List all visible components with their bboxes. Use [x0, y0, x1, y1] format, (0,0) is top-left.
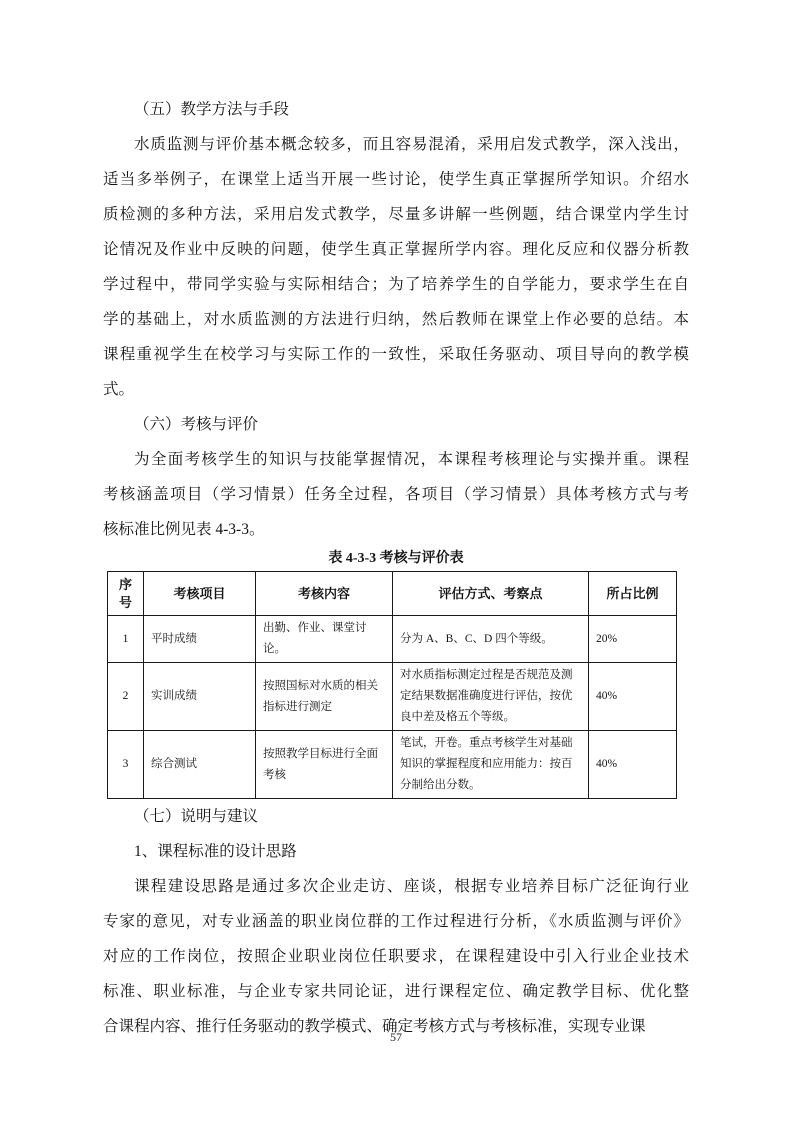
section-heading: （七）说明与建议: [103, 799, 689, 834]
paragraph-line: 为全面考核学生的知识与技能掌握情况，本课程考核理论与实操并重。课程: [103, 442, 689, 477]
paragraph-line: 学过程中，带同学实验与实际相结合；为了培养学生的自学能力，要求学生在自: [103, 267, 689, 302]
table-cell: 1: [108, 616, 144, 663]
paragraph-line: 核标准比例见表 4-3-3。: [103, 512, 689, 547]
section-heading: 1、课程标准的设计思路: [103, 834, 689, 869]
paragraph-line: 水质监测与评价基本概念较多，而且容易混淆，采用启发式教学，深入浅出，: [103, 127, 689, 162]
paragraph-line: 对应的工作岗位，按照企业职业岗位任职要求，在课程建设中引入行业企业技术: [103, 939, 689, 974]
table-cell: 3: [108, 731, 144, 799]
table-row: 1平时成绩出勤、作业、课堂讨论。分为 A、B、C、D 四个等级。20%: [108, 616, 677, 663]
paragraph-line: 课程建设思路是通过多次企业走访、座谈，根据专业培养目标广泛征询行业: [103, 869, 689, 904]
document-page: （五）教学方法与手段水质监测与评价基本概念较多，而且容易混淆，采用启发式教学，深…: [0, 0, 792, 1122]
section-heading: （六）考核与评价: [103, 407, 689, 442]
table-row: 3综合测试按照教学目标进行全面 考核笔试，开卷。重点考核学生对基础 知识的掌握程…: [108, 731, 677, 799]
table-header-cell: 考核项目: [144, 572, 256, 616]
table-header-cell: 考核内容: [256, 572, 393, 616]
table-cell: 实训成绩: [144, 663, 256, 731]
table-caption: 表 4-3-3 考核与评价表: [103, 547, 689, 571]
table-header-cell: 序号: [108, 572, 144, 616]
table-cell: 2: [108, 663, 144, 731]
table-cell: 笔试，开卷。重点考核学生对基础 知识的掌握程度和应用能力：按百 分制给出分数。: [393, 731, 589, 799]
table-cell: 20%: [589, 616, 677, 663]
paragraph-line: 课程重视学生在校学习与实际工作的一致性，采取任务驱动、项目导向的教学模: [103, 337, 689, 372]
page-content: （五）教学方法与手段水质监测与评价基本概念较多，而且容易混淆，采用启发式教学，深…: [103, 92, 689, 1044]
table-header-cell: 评估方式、考察点: [393, 572, 589, 616]
paragraph-line: 学的基础上，对水质监测的方法进行归纳，然后教师在课堂上作必要的总结。本: [103, 302, 689, 337]
paragraph-line: 标准、职业标准，与企业专家共同论证，进行课程定位、确定教学目标、优化整: [103, 974, 689, 1009]
paragraph-line: 式。: [103, 372, 689, 407]
table-cell: 40%: [589, 663, 677, 731]
paragraph-line: 考核涵盖项目（学习情景）任务全过程，各项目（学习情景）具体考核方式与考: [103, 477, 689, 512]
paragraph-line: 质检测的多种方法，采用启发式教学，尽量多讲解一些例题，结合课堂内学生讨: [103, 197, 689, 232]
table-cell: 按照教学目标进行全面 考核: [256, 731, 393, 799]
paragraph-line: 论情况及作业中反映的问题，使学生真正掌握所学内容。理化反应和仪器分析教: [103, 232, 689, 267]
table-header-cell: 所占比例: [589, 572, 677, 616]
paragraph-line: 专家的意见，对专业涵盖的职业岗位群的工作过程进行分析，《水质监测与评价》: [103, 904, 689, 939]
table-cell: 按照国标对水质的相关 指标进行测定: [256, 663, 393, 731]
page-number: 57: [0, 1030, 792, 1045]
table-cell: 40%: [589, 731, 677, 799]
table-row: 2实训成绩按照国标对水质的相关 指标进行测定对水质指标测定过程是否规范及测 定结…: [108, 663, 677, 731]
table-cell: 综合测试: [144, 731, 256, 799]
table-header-row: 序号考核项目考核内容评估方式、考察点所占比例: [108, 572, 677, 616]
table-cell: 分为 A、B、C、D 四个等级。: [393, 616, 589, 663]
paragraph-line: 适当多举例子，在课堂上适当开展一些讨论，使学生真正掌握所学知识。介绍水: [103, 162, 689, 197]
table-cell: 平时成绩: [144, 616, 256, 663]
table-cell: 出勤、作业、课堂讨论。: [256, 616, 393, 663]
table-cell: 对水质指标测定过程是否规范及测 定结果数据准确度进行评估，按优 良中差及格五个等…: [393, 663, 589, 731]
assessment-table: 序号考核项目考核内容评估方式、考察点所占比例1平时成绩出勤、作业、课堂讨论。分为…: [107, 571, 677, 799]
section-heading: （五）教学方法与手段: [103, 92, 689, 127]
